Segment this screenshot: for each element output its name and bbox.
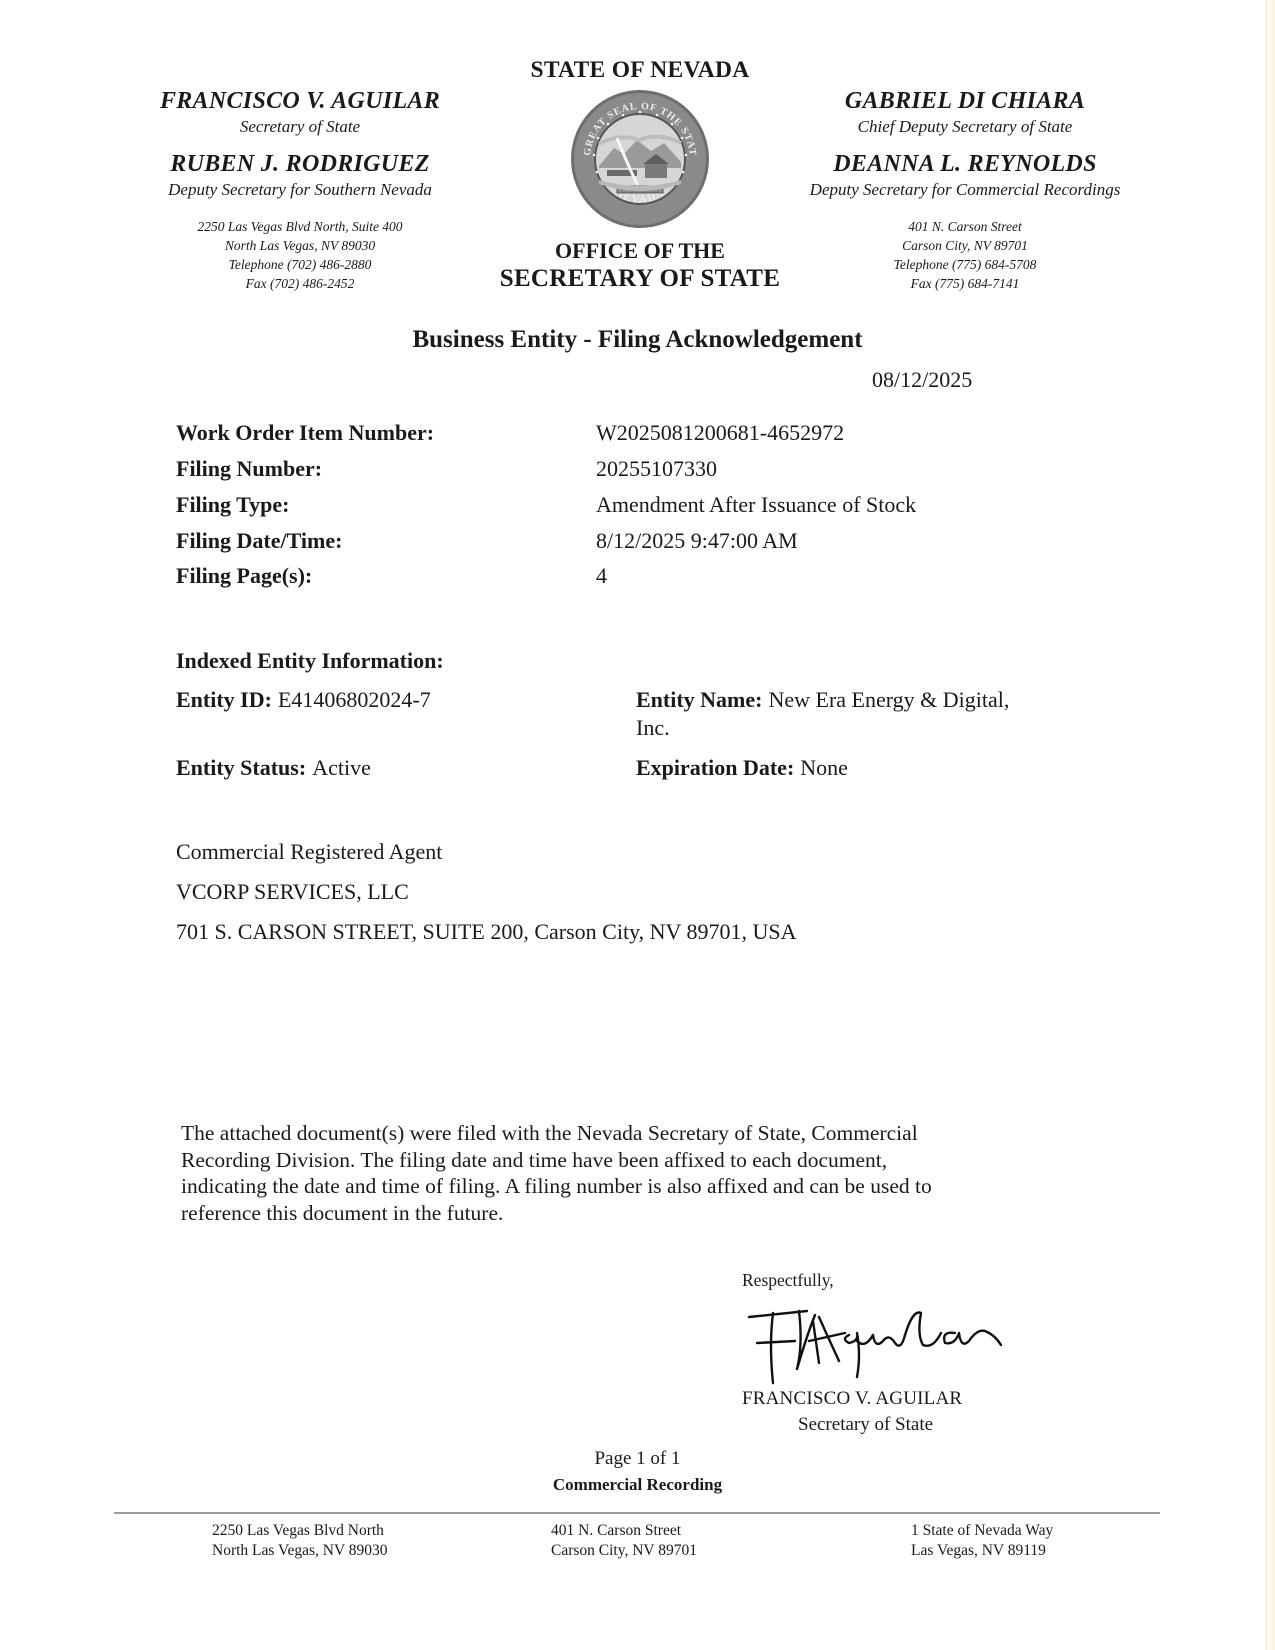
page-indicator: Page 1 of 1 bbox=[0, 1448, 1275, 1470]
official-title: Chief Deputy Secretary of State bbox=[770, 116, 1160, 138]
expiration-date-value: None bbox=[800, 755, 848, 780]
registered-agent-name: VCORP SERVICES, LLC bbox=[176, 878, 409, 906]
address-line: 2250 Las Vegas Blvd North bbox=[212, 1521, 388, 1541]
signer-title: Secretary of State bbox=[798, 1414, 933, 1436]
address-line: Las Vegas, NV 89119 bbox=[911, 1541, 1053, 1561]
header-center: STATE OF NEVADA THE GREAT SEAL OF THE ST… bbox=[470, 56, 810, 294]
notice-line: reference this document in the future. bbox=[181, 1200, 1041, 1227]
address-line: Carson City, NV 89701 bbox=[770, 236, 1160, 255]
entity-name: Entity Name:New Era Energy & Digital, In… bbox=[636, 686, 1009, 742]
phone-line: Telephone (775) 684-5708 bbox=[770, 255, 1160, 274]
scanned-page-edge bbox=[1266, 0, 1275, 1650]
document-date: 08/12/2025 bbox=[872, 367, 972, 393]
address-line: North Las Vegas, NV 89030 bbox=[212, 1541, 388, 1561]
registered-agent-type: Commercial Registered Agent bbox=[176, 838, 442, 866]
address-line: North Las Vegas, NV 89030 bbox=[110, 236, 490, 255]
entity-status: Entity Status:Active bbox=[176, 754, 371, 782]
closing-salutation: Respectfully, bbox=[742, 1270, 834, 1291]
official-name: RUBEN J. RODRIGUEZ bbox=[110, 149, 490, 179]
indexed-entity-section-label: Indexed Entity Information: bbox=[176, 648, 444, 674]
expiration-date-label: Expiration Date: bbox=[636, 755, 794, 780]
address-line: 1 State of Nevada Way bbox=[911, 1521, 1053, 1541]
address-line: 2250 Las Vegas Blvd North, Suite 400 bbox=[110, 217, 490, 236]
footer-division: Commercial Recording bbox=[0, 1475, 1275, 1495]
entity-id-value: E41406802024-7 bbox=[278, 687, 431, 712]
notice-line: The attached document(s) were filed with… bbox=[181, 1120, 1041, 1147]
official-name: DEANNA L. REYNOLDS bbox=[770, 149, 1160, 179]
field-value: 20255107330 bbox=[596, 455, 717, 483]
footer-address-carson-city: 401 N. Carson Street Carson City, NV 897… bbox=[551, 1521, 697, 1561]
entity-status-value: Active bbox=[312, 755, 371, 780]
registered-agent-address: 701 S. CARSON STREET, SUITE 200, Carson … bbox=[176, 918, 797, 946]
footer-divider bbox=[114, 1512, 1160, 1514]
address-line: 401 N. Carson Street bbox=[551, 1521, 697, 1541]
entity-name-value-cont: Inc. bbox=[636, 714, 1009, 742]
phone-line: Telephone (702) 486-2880 bbox=[110, 255, 490, 274]
signer-name: FRANCISCO V. AGUILAR bbox=[742, 1388, 962, 1410]
nevada-great-seal-icon: THE GREAT SEAL OF THE STATE OF NEVADA bbox=[569, 88, 711, 230]
fax-line: Fax (702) 486-2452 bbox=[110, 274, 490, 293]
footer-address-north-las-vegas: 2250 Las Vegas Blvd North North Las Vega… bbox=[212, 1521, 388, 1561]
official-name: GABRIEL DI CHIARA bbox=[770, 86, 1160, 116]
field-label: Filing Date/Time: bbox=[176, 527, 342, 555]
entity-id-label: Entity ID: bbox=[176, 687, 272, 712]
official-title: Deputy Secretary for Southern Nevada bbox=[110, 179, 490, 201]
field-value: W2025081200681-4652972 bbox=[596, 419, 844, 447]
entity-name-value: New Era Energy & Digital, bbox=[768, 687, 1009, 712]
official-name: FRANCISCO V. AGUILAR bbox=[110, 86, 490, 116]
entity-status-label: Entity Status: bbox=[176, 755, 306, 780]
address-line: 401 N. Carson Street bbox=[770, 217, 1160, 236]
entity-id: Entity ID:E41406802024-7 bbox=[176, 686, 431, 714]
address-line: Carson City, NV 89701 bbox=[551, 1541, 697, 1561]
entity-name-label: Entity Name: bbox=[636, 687, 762, 712]
state-title: STATE OF NEVADA bbox=[470, 56, 810, 84]
official-title: Deputy Secretary for Commercial Recordin… bbox=[770, 179, 1160, 201]
field-label: Filing Number: bbox=[176, 455, 322, 483]
header-left-officials: FRANCISCO V. AGUILAR Secretary of State … bbox=[110, 86, 490, 293]
field-label: Filing Type: bbox=[176, 491, 289, 519]
official-title: Secretary of State bbox=[110, 116, 490, 138]
filing-notice-paragraph: The attached document(s) were filed with… bbox=[181, 1120, 1041, 1226]
field-label: Filing Page(s): bbox=[176, 562, 312, 590]
field-label: Work Order Item Number: bbox=[176, 419, 434, 447]
office-title-line1: OFFICE OF THE bbox=[470, 238, 810, 264]
field-value: 4 bbox=[596, 562, 607, 590]
notice-line: indicating the date and time of filing. … bbox=[181, 1173, 1041, 1200]
office-address-carson: 401 N. Carson Street Carson City, NV 897… bbox=[770, 217, 1160, 293]
expiration-date: Expiration Date:None bbox=[636, 754, 848, 782]
header-right-officials: GABRIEL DI CHIARA Chief Deputy Secretary… bbox=[770, 86, 1160, 293]
field-value: Amendment After Issuance of Stock bbox=[596, 491, 916, 519]
fax-line: Fax (775) 684-7141 bbox=[770, 274, 1160, 293]
footer-address-las-vegas: 1 State of Nevada Way Las Vegas, NV 8911… bbox=[911, 1521, 1053, 1561]
signature-icon bbox=[745, 1305, 1045, 1385]
office-title-line2: SECRETARY OF STATE bbox=[470, 264, 810, 294]
document-heading: Business Entity - Filing Acknowledgement bbox=[0, 326, 1275, 354]
office-address-southern: 2250 Las Vegas Blvd North, Suite 400 Nor… bbox=[110, 217, 490, 293]
notice-line: Recording Division. The filing date and … bbox=[181, 1147, 1041, 1174]
field-value: 8/12/2025 9:47:00 AM bbox=[596, 527, 798, 555]
